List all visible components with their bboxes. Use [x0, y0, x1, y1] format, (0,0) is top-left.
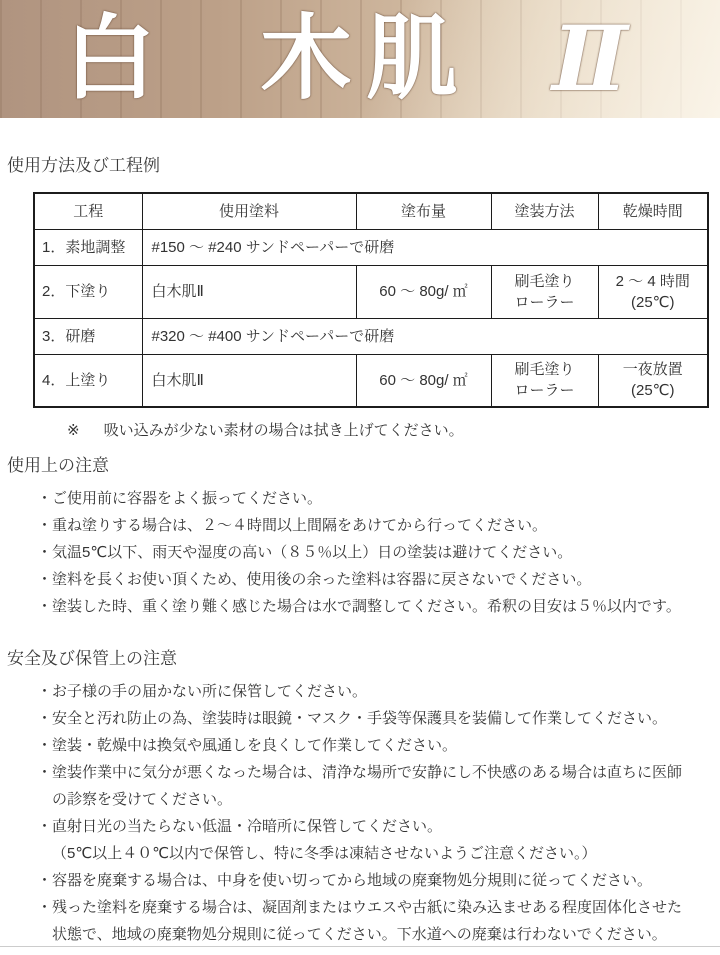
process-step-4-dry: 一夜放置 (25℃): [598, 354, 708, 407]
col-header-amount: 塗布量: [356, 193, 491, 229]
method-line: ローラー: [492, 380, 598, 401]
bullet-dot: ・: [37, 872, 52, 889]
bullet-text: ご使用前に容器をよく振ってください。: [52, 490, 322, 507]
bullet-item: ・塗装した時、重く塗り難く感じた場合は水で調整してください。希釈の目安は５％以内…: [37, 593, 720, 620]
title-char-ki: 木: [260, 10, 352, 108]
bullet-item: ・お子様の手の届かない所に保管してください。: [37, 678, 720, 705]
process-table: 工程 使用塗料 塗布量 塗装方法 乾燥時間 1．素地調整 #150 ～ #240…: [33, 192, 709, 408]
bullet-text: 容器を廃棄する場合は、中身を使い切ってから地域の廃棄物処分規則に従ってください。: [52, 872, 652, 889]
bullet-item: ・安全と汚れ防止の為、塗装時は眼鏡・マスク・手袋等保護具を装備して作業してくださ…: [37, 705, 720, 732]
bullet-text: 塗装した時、重く塗り難く感じた場合は水で調整してください。希釈の目安は５％以内で…: [52, 598, 681, 615]
title-char-hada: 肌: [366, 10, 458, 108]
bullet-item: ・容器を廃棄する場合は、中身を使い切ってから地域の廃棄物処分規則に従ってください…: [37, 867, 720, 894]
process-step-3: 3．研磨: [34, 318, 142, 354]
bullet-item: ・重ね塗りする場合は、２～４時間以上間隔をあけてから行ってください。: [37, 512, 720, 539]
process-step-2-amount: 60 ～ 80g/ ㎡: [356, 265, 491, 318]
bullet-item: ・塗装作業中に気分が悪くなった場合は、清浄な場所で安静にし不快感のある場合は直ち…: [37, 759, 720, 786]
bottom-divider: [0, 946, 720, 947]
bullet-text: の診察を受けてください。: [52, 791, 232, 808]
table-footnote: ※吸い込みが少ない素材の場合は拭き上げてください。: [67, 421, 720, 441]
process-step-3-detail: #320 ～ #400 サンドペーパーで研磨: [142, 318, 708, 354]
bullet-dot: ・: [37, 899, 52, 916]
bullet-dot: ・: [37, 710, 52, 727]
safety-precautions-heading: 安全及び保管上の注意: [0, 648, 720, 670]
bullet-text: 直射日光の当たらない低温・冷暗所に保管してください。: [52, 818, 442, 835]
footnote-mark: ※: [67, 421, 80, 441]
table-row: 2．下塗り 白木肌Ⅱ 60 ～ 80g/ ㎡ 刷毛塗り ローラー 2 ～ 4 時…: [34, 265, 708, 318]
bullet-dot: ・: [37, 517, 52, 534]
dry-line: 一夜放置: [599, 359, 708, 380]
method-line: 刷毛塗り: [492, 271, 598, 292]
bullet-item: ・気温5℃以下、雨天や湿度の高い（８５％以上）日の塗装は避けてください。: [37, 539, 720, 566]
process-step-2: 2．下塗り: [34, 265, 142, 318]
bullet-text: 気温5℃以下、雨天や湿度の高い（８５％以上）日の塗装は避けてください。: [52, 544, 572, 561]
bullet-text: 安全と汚れ防止の為、塗装時は眼鏡・マスク・手袋等保護具を装備して作業してください…: [52, 710, 667, 727]
process-step-4-method: 刷毛塗り ローラー: [491, 354, 598, 407]
product-sheet-page: 白 木 肌 Ⅱ 使用方法及び工程例 工程 使用塗料 塗布量 塗装方法 乾燥時間 …: [0, 0, 720, 955]
table-row: 1．素地調整 #150 ～ #240 サンドペーパーで研磨: [34, 229, 708, 265]
title-char-roman-two: Ⅱ: [552, 10, 628, 108]
table-row: 4．上塗り 白木肌Ⅱ 60 ～ 80g/ ㎡ 刷毛塗り ローラー 一夜放置 (2…: [34, 354, 708, 407]
bullet-item-continuation: 状態で、地域の廃棄物処分規則に従ってください。下水道への廃棄は行わないでください…: [37, 921, 720, 948]
bullet-dot: ・: [37, 571, 52, 588]
bullet-item-continuation: の診察を受けてください。: [37, 786, 720, 813]
bullet-dot: ・: [37, 818, 52, 835]
bullet-dot: ・: [37, 598, 52, 615]
process-step-1: 1．素地調整: [34, 229, 142, 265]
dry-line: (25℃): [599, 292, 708, 313]
process-step-1-detail: #150 ～ #240 サンドペーパーで研磨: [142, 229, 708, 265]
col-header-paint: 使用塗料: [142, 193, 356, 229]
bullet-text: 残った塗料を廃棄する場合は、凝固剤またはウエスや古紙に染み込ませある程度固体化さ…: [52, 899, 682, 916]
title-char-shira: 白: [64, 10, 156, 108]
bullet-text: （5℃以上４０℃以内で保管し、特に冬季は凍結させないようご注意ください。）: [52, 845, 597, 862]
process-step-2-method: 刷毛塗り ローラー: [491, 265, 598, 318]
method-line: ローラー: [492, 292, 598, 313]
col-header-method: 塗装方法: [491, 193, 598, 229]
bullet-item: ・塗装・乾燥中は換気や風通しを良くして作業してください。: [37, 732, 720, 759]
dry-line: 2 ～ 4 時間: [599, 271, 708, 292]
process-step-4-amount: 60 ～ 80g/ ㎡: [356, 354, 491, 407]
bullet-dot: ・: [37, 764, 52, 781]
bullet-text: 状態で、地域の廃棄物処分規則に従ってください。下水道への廃棄は行わないでください…: [52, 926, 667, 943]
wood-header-banner: 白 木 肌 Ⅱ: [0, 0, 720, 118]
bullet-text: 重ね塗りする場合は、２～４時間以上間隔をあけてから行ってください。: [52, 517, 547, 534]
bullet-item: ・ご使用前に容器をよく振ってください。: [37, 485, 720, 512]
bullet-dot: ・: [37, 683, 52, 700]
footnote-text: 吸い込みが少ない素材の場合は拭き上げてください。: [104, 422, 464, 439]
bullet-dot: ・: [37, 490, 52, 507]
bullet-text: 塗料を長くお使い頂くため、使用後の余った塗料は容器に戻さないでください。: [52, 571, 591, 588]
bullet-text: お子様の手の届かない所に保管してください。: [52, 683, 367, 700]
process-step-2-dry: 2 ～ 4 時間 (25℃): [598, 265, 708, 318]
bullet-dot: ・: [37, 737, 52, 754]
usage-precautions-list: ・ご使用前に容器をよく振ってください。・重ね塗りする場合は、２～４時間以上間隔を…: [37, 485, 720, 620]
safety-precautions-list: ・お子様の手の届かない所に保管してください。・安全と汚れ防止の為、塗装時は眼鏡・…: [37, 678, 720, 948]
bullet-item: ・残った塗料を廃棄する場合は、凝固剤またはウエスや古紙に染み込ませある程度固体化…: [37, 894, 720, 921]
table-row: 3．研磨 #320 ～ #400 サンドペーパーで研磨: [34, 318, 708, 354]
process-step-4-paint: 白木肌Ⅱ: [142, 354, 356, 407]
bullet-text: 塗装・乾燥中は換気や風通しを良くして作業してください。: [52, 737, 457, 754]
usage-method-heading: 使用方法及び工程例: [0, 155, 720, 177]
col-header-process: 工程: [34, 193, 142, 229]
bullet-dot: ・: [37, 544, 52, 561]
usage-precautions-heading: 使用上の注意: [0, 455, 720, 477]
process-step-4: 4．上塗り: [34, 354, 142, 407]
dry-line: (25℃): [599, 380, 708, 401]
bullet-item-continuation: （5℃以上４０℃以内で保管し、特に冬季は凍結させないようご注意ください。）: [37, 840, 720, 867]
bullet-text: 塗装作業中に気分が悪くなった場合は、清浄な場所で安静にし不快感のある場合は直ちに…: [52, 764, 682, 781]
table-header-row: 工程 使用塗料 塗布量 塗装方法 乾燥時間: [34, 193, 708, 229]
bullet-item: ・直射日光の当たらない低温・冷暗所に保管してください。: [37, 813, 720, 840]
process-step-2-paint: 白木肌Ⅱ: [142, 265, 356, 318]
method-line: 刷毛塗り: [492, 359, 598, 380]
col-header-dry: 乾燥時間: [598, 193, 708, 229]
bullet-item: ・塗料を長くお使い頂くため、使用後の余った塗料は容器に戻さないでください。: [37, 566, 720, 593]
